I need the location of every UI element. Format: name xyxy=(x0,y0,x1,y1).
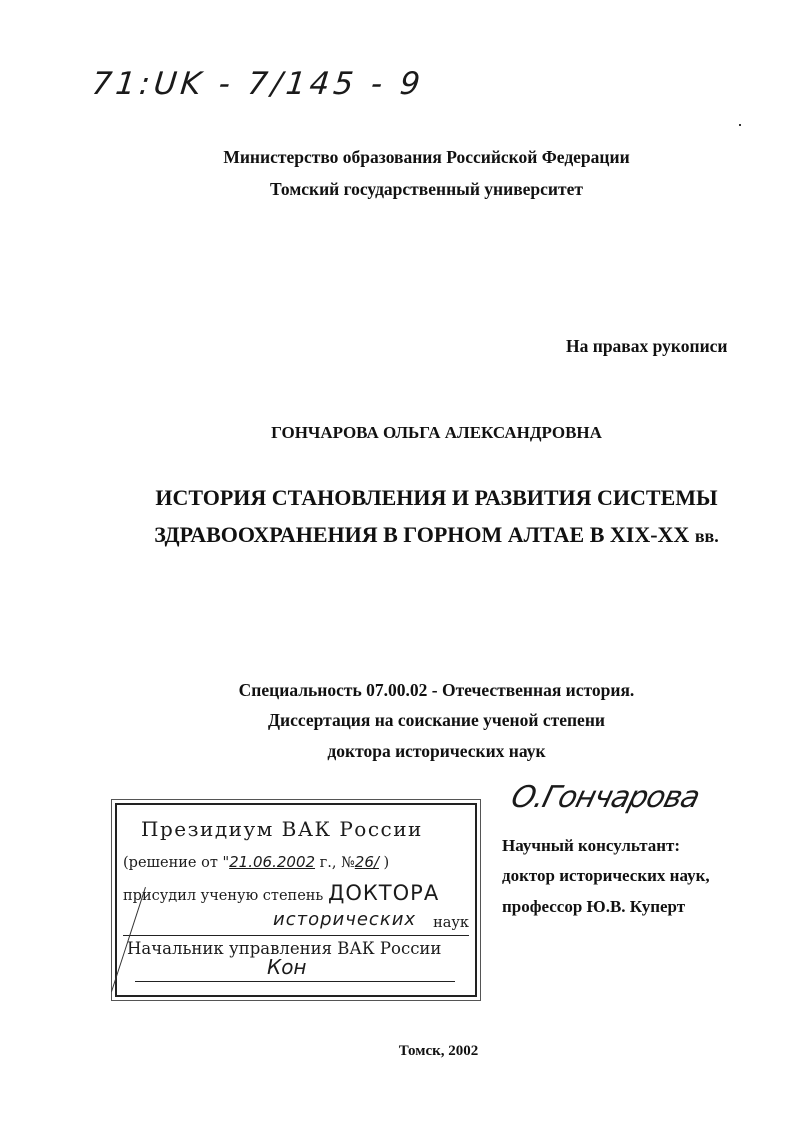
awarded-degree: ДОКТОРА xyxy=(328,881,439,905)
city-year: Томск, 2002 xyxy=(42,1043,793,1060)
awarded-prefix: присудил ученую степень xyxy=(123,888,323,904)
scan-speck xyxy=(739,124,741,126)
dissertation-title-line-2: ЗДРАВООХРАНЕНИЯ В ГОРНОМ АЛТАЕ В XIX-XX … xyxy=(40,522,793,548)
stamp-title: Президиум ВАК России xyxy=(141,817,423,841)
author-name: ГОНЧАРОВА ОЛЬГА АЛЕКСАНДРОВНА xyxy=(40,423,793,443)
specialty: Специальность 07.00.02 - Отечественная и… xyxy=(40,680,793,701)
signature-line xyxy=(135,981,455,982)
decision-suffix: ) xyxy=(384,855,390,871)
manuscript-rights-note: На правах рукописи xyxy=(566,336,728,357)
university-name: Томский государственный университет xyxy=(30,179,793,200)
chief-signature: Кон xyxy=(267,955,307,979)
degree: доктора исторических наук xyxy=(40,741,793,762)
field-suffix: наук xyxy=(433,915,469,931)
advisor-title: доктор исторических наук, xyxy=(502,866,710,886)
advisor-label: Научный консультант: xyxy=(502,836,680,856)
stamp-field: исторических наук xyxy=(123,913,469,936)
title-line-2-main: ЗДРАВООХРАНЕНИЯ В ГОРНОМ АЛТАЕ В XIX-XX xyxy=(154,522,689,547)
stamp-awarded: присудил ученую степень ДОКТОРА xyxy=(123,881,439,905)
author-signature: О.Гончарова xyxy=(508,780,703,815)
ministry-name: Министерство образования Российской Феде… xyxy=(30,147,793,168)
decision-prefix: (решение от " xyxy=(123,855,229,871)
decision-number: 26/ xyxy=(355,853,379,871)
title-line-2-suffix: вв. xyxy=(695,526,719,546)
stamp-decision: (решение от "21.06.2002 г., №26/ ) xyxy=(123,853,389,871)
decision-date: 21.06.2002 xyxy=(229,853,315,871)
field-handwritten: исторических xyxy=(273,909,416,930)
advisor-name: профессор Ю.В. Куперт xyxy=(502,897,685,917)
vak-stamp: Президиум ВАК России (решение от "21.06.… xyxy=(115,803,477,997)
dissertation-type: Диссертация на соискание ученой степени xyxy=(40,710,793,731)
archive-number: 71:UK - 7/145 - 9 xyxy=(90,66,426,102)
dissertation-title-line-1: ИСТОРИЯ СТАНОВЛЕНИЯ И РАЗВИТИЯ СИСТЕМЫ xyxy=(40,485,793,511)
decision-mid: г., № xyxy=(320,855,355,871)
